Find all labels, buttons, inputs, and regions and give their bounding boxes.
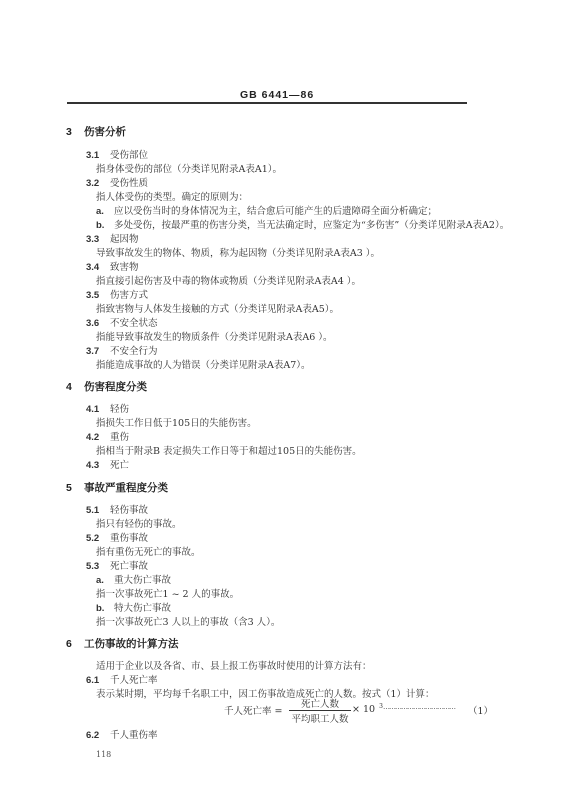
subsection-3-1-body: 指身体受伤的部位（分类详见附录A表A1）。 bbox=[96, 161, 282, 175]
list-item-5-3-a-body: 指一次事故死亡1 ~ 2 人的事故。 bbox=[96, 586, 239, 600]
page-number: 118 bbox=[96, 750, 111, 759]
subsection-3-3-body: 导致事故发生的物体、物质，称为起因物（分类详见附录A表A3 ）。 bbox=[96, 245, 380, 259]
subsection-3-7-body: 指能造成事故的人为错误（分类详见附录A表A7）。 bbox=[96, 357, 311, 371]
subsection-4-1: 4.1轻伤 bbox=[86, 401, 129, 415]
list-item-5-3-a: a.重大伤亡事故 bbox=[96, 572, 171, 586]
subsection-5-2-body: 指有重伤无死亡的事故。 bbox=[96, 544, 201, 558]
formula-multiplier: × 103 bbox=[352, 703, 383, 715]
section-3-heading: 3伤害分析 bbox=[66, 124, 126, 139]
section-4-heading: 4伤害程度分类 bbox=[66, 379, 147, 394]
subsection-3-5-body: 指致害物与人体发生接触的方式（分类详见附录A表A5）。 bbox=[96, 301, 339, 315]
subsection-5-3: 5.3死亡事故 bbox=[86, 558, 148, 572]
subsection-6-1-body: 表示某时期，平均每千名职工中，因工伤事故造成死亡的人数。按式（1）计算： bbox=[96, 686, 435, 700]
subsection-4-2: 4.2重伤 bbox=[86, 429, 129, 443]
subsection-4-2-body: 指相当于附录B 表定损失工作日等于和超过105日的失能伤害。 bbox=[96, 443, 362, 457]
subsection-3-7: 3.7不安全行为 bbox=[86, 343, 158, 357]
subsection-3-3: 3.3起因物 bbox=[86, 231, 139, 245]
subsection-6-2: 6.2千人重伤率 bbox=[86, 727, 158, 741]
subsection-6-1: 6.1千人死亡率 bbox=[86, 672, 158, 686]
formula-lhs: 千人死亡率 = bbox=[224, 703, 282, 717]
formula-numerator: 死亡人数 bbox=[289, 696, 351, 711]
section-6-heading: 6工伤事故的计算方法 bbox=[66, 636, 179, 651]
list-item-3-2-b: b.多处受伤，按最严重的伤害分类，当无法确定时，应鉴定为“多伤害”（分类详见附录… bbox=[96, 217, 509, 231]
subsection-3-2-body: 指人体受伤的类型。确定的原则为： bbox=[96, 189, 248, 203]
section-5-heading: 5事故严重程度分类 bbox=[66, 480, 168, 495]
subsection-3-4-body: 指直接引起伤害及中毒的物体或物质（分类详见附录A表A4 ）。 bbox=[96, 273, 361, 287]
subsection-3-4: 3.4致害物 bbox=[86, 259, 139, 273]
formula-denominator: 平均职工人数 bbox=[289, 711, 351, 725]
formula-fraction: 死亡人数 平均职工人数 bbox=[289, 696, 351, 725]
subsection-4-1-body: 指损失工作日低于105日的失能伤害。 bbox=[96, 415, 257, 429]
header-rule bbox=[67, 102, 467, 104]
list-item-5-3-b-body: 指一次事故死亡3 人以上的事故（含3 人）。 bbox=[96, 614, 280, 628]
list-item-5-3-b: b.特大伤亡事故 bbox=[96, 600, 171, 614]
equation-number: （1） bbox=[468, 703, 493, 717]
subsection-4-3: 4.3死亡 bbox=[86, 457, 129, 471]
subsection-3-6-body: 指能导致事故发生的物质条件（分类详见附录A表A6 ）。 bbox=[96, 329, 333, 343]
subsection-5-1: 5.1轻伤事故 bbox=[86, 502, 148, 516]
standard-header: GB 6441—86 bbox=[240, 89, 314, 101]
subsection-5-2: 5.2重伤事故 bbox=[86, 530, 148, 544]
list-item-3-2-a: a.应以受伤当时的身体情况为主，结合愈后可能产生的后遗障碍全面分析确定； bbox=[96, 203, 437, 217]
subsection-5-1-body: 指只有轻伤的事故。 bbox=[96, 516, 182, 530]
section-6-intro: 适用于企业以及各省、市、县上报工伤事故时使用的计算方法有： bbox=[96, 658, 372, 672]
subsection-3-5: 3.5伤害方式 bbox=[86, 287, 148, 301]
subsection-3-6: 3.6不安全状态 bbox=[86, 315, 158, 329]
formula-leader-dots: ……………………………… bbox=[383, 703, 455, 711]
subsection-3-2: 3.2受伤性质 bbox=[86, 175, 148, 189]
subsection-3-1: 3.1受伤部位 bbox=[86, 147, 148, 161]
